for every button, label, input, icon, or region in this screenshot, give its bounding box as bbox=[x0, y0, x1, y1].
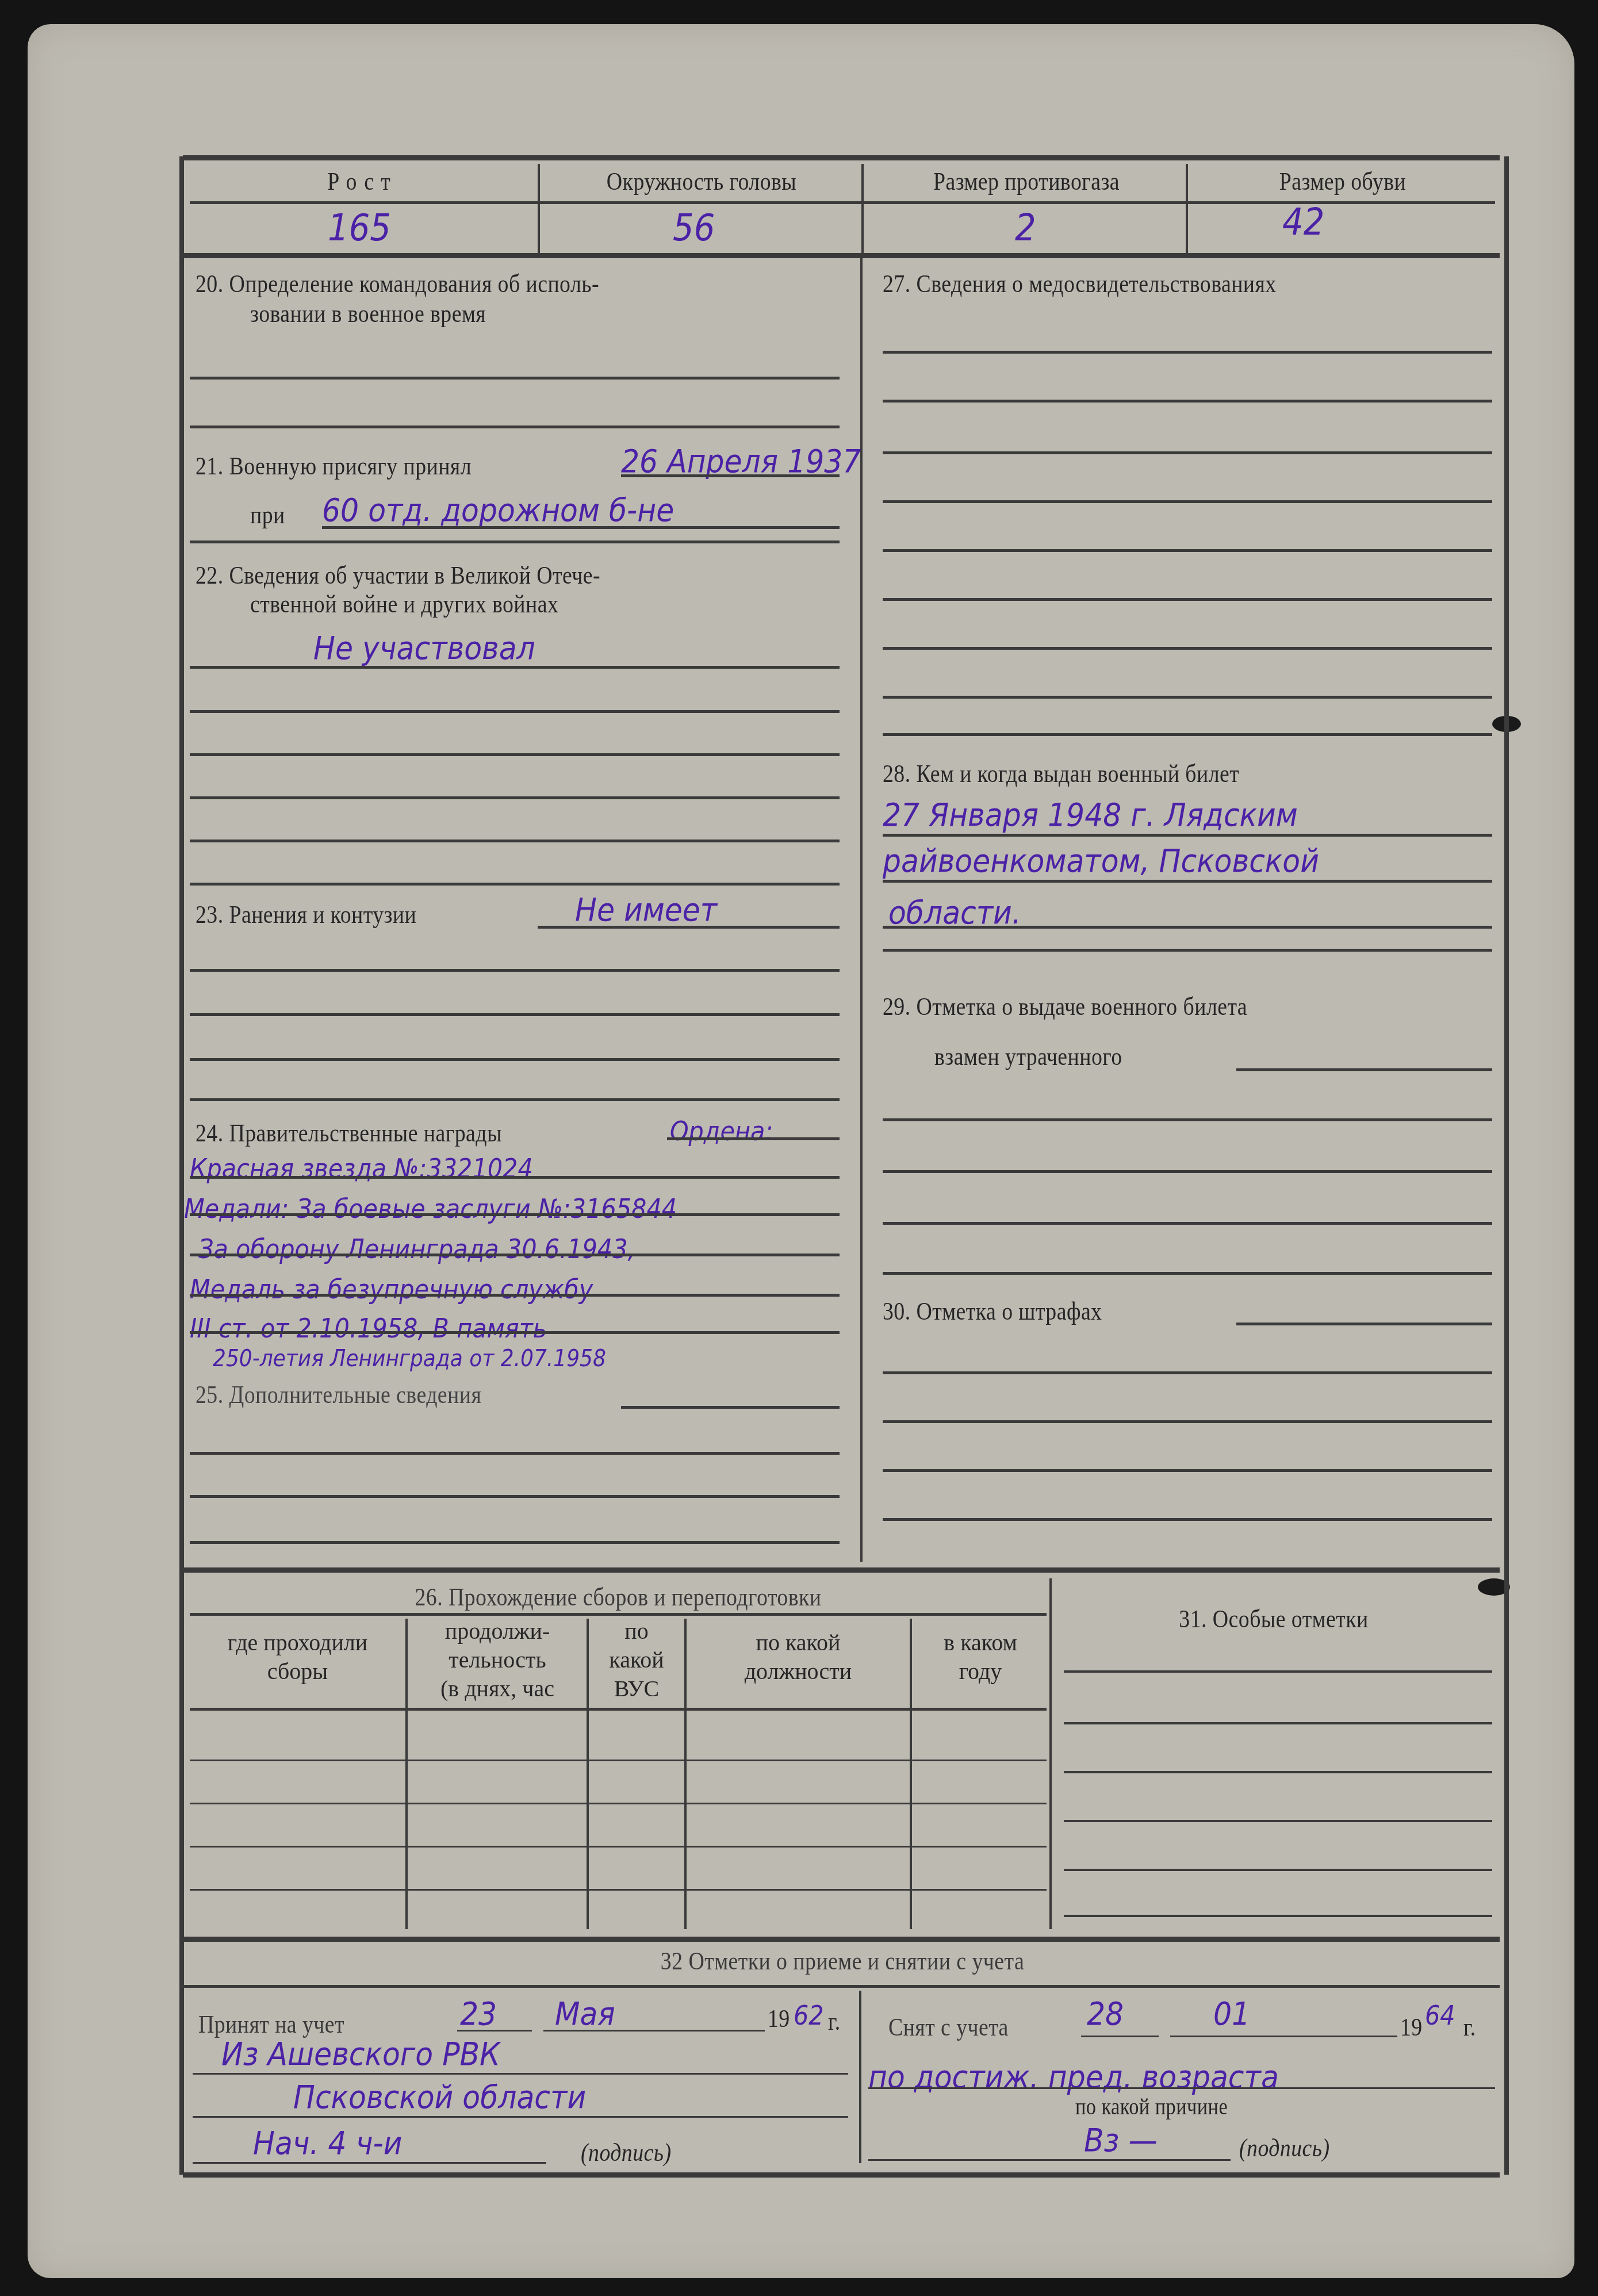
awards-line: III ст. от 2.10.1958, В память bbox=[190, 1313, 547, 1344]
table-row-rule bbox=[190, 1889, 1047, 1891]
table-header: в каком году bbox=[912, 1628, 1049, 1686]
bottom-rule bbox=[183, 2172, 1500, 2178]
rule bbox=[190, 969, 840, 972]
rule bbox=[621, 1406, 840, 1409]
table-header: по какой ВУС bbox=[589, 1617, 684, 1703]
rule bbox=[667, 1137, 840, 1140]
s24-label: 24. Правительственные награды bbox=[196, 1118, 502, 1148]
rule bbox=[193, 2116, 848, 2118]
accepted-from: Псковской области bbox=[293, 2079, 586, 2116]
accepted-label: Принят на учет bbox=[198, 2010, 344, 2039]
s21-label: 21. Военную присягу принял bbox=[196, 451, 472, 481]
rule bbox=[883, 598, 1492, 601]
oath-unit: 60 отд. дорожном б-не bbox=[322, 492, 674, 529]
accepted-signature: Нач. 4 ч-и bbox=[253, 2125, 402, 2162]
head-circumference-value: 56 bbox=[673, 207, 715, 250]
rule bbox=[883, 1272, 1492, 1275]
height-label: Рост bbox=[214, 167, 511, 196]
rule bbox=[190, 426, 840, 428]
s26-title: 26. Прохождение сборов и переподготовки bbox=[250, 1582, 986, 1612]
accepted-year-unit: г. bbox=[828, 2007, 841, 2036]
rule bbox=[883, 1170, 1492, 1173]
removed-year-prefix: 19 bbox=[1400, 2013, 1423, 2042]
rule bbox=[190, 1176, 840, 1179]
s30-label: 30. Отметка о штрафах bbox=[883, 1297, 1102, 1326]
rule bbox=[190, 1058, 840, 1061]
awards-line: 250-летия Ленинграда от 2.07.1958 bbox=[213, 1346, 606, 1372]
removed-year-suffix: 64 bbox=[1425, 2000, 1455, 2031]
table-row-rule bbox=[190, 1760, 1047, 1761]
gas-mask-size-value: 2 bbox=[1015, 207, 1036, 250]
removal-reason-caption: по какой причине bbox=[1075, 2093, 1228, 2120]
rule bbox=[457, 2030, 532, 2031]
awards-line: Медаль за безупречную службу bbox=[190, 1274, 593, 1305]
rule bbox=[190, 1708, 1047, 1711]
rule bbox=[883, 1420, 1492, 1423]
rule bbox=[1064, 1820, 1492, 1822]
removed-signature-caption: (подпись) bbox=[1239, 2133, 1329, 2163]
column-divider bbox=[859, 1991, 861, 2163]
s22-label: ственной войне и других войнах bbox=[250, 589, 558, 619]
rule bbox=[883, 500, 1492, 503]
rule bbox=[883, 549, 1492, 552]
rule bbox=[883, 949, 1492, 952]
rule bbox=[193, 2073, 848, 2075]
rule bbox=[190, 377, 840, 380]
war-participation-value: Не участвовал bbox=[313, 630, 535, 667]
removed-label: Снят с учета bbox=[888, 2013, 1009, 2042]
rule bbox=[883, 834, 1492, 837]
rule bbox=[621, 474, 840, 477]
rule bbox=[1236, 1068, 1492, 1071]
divider bbox=[538, 164, 540, 253]
removed-day: 28 bbox=[1087, 1995, 1124, 2033]
rule bbox=[190, 541, 840, 543]
rule bbox=[190, 883, 840, 886]
rule bbox=[883, 351, 1492, 354]
table-header: по какой должности bbox=[687, 1628, 910, 1686]
table-header: где проходили сборы bbox=[190, 1628, 405, 1686]
table-header-text: в каком bbox=[912, 1628, 1049, 1657]
rule bbox=[1064, 1722, 1492, 1724]
rule bbox=[190, 753, 840, 756]
accepted-year-prefix: 19 bbox=[768, 2004, 790, 2033]
rule bbox=[183, 1985, 1500, 1988]
rule bbox=[883, 1469, 1492, 1472]
table-row-rule bbox=[190, 1846, 1047, 1847]
rule bbox=[1236, 1323, 1492, 1325]
s28-label: 28. Кем и когда выдан военный билет bbox=[883, 759, 1239, 788]
head-circumference-label: Окружность головы bbox=[566, 167, 838, 196]
rule bbox=[1170, 2036, 1397, 2037]
rule bbox=[190, 1294, 840, 1297]
height-value: 165 bbox=[328, 207, 391, 250]
rule bbox=[883, 926, 1492, 929]
accepted-signature-caption: (подпись) bbox=[581, 2138, 671, 2167]
wounds-value: Не имеет bbox=[575, 891, 717, 929]
rule bbox=[883, 1518, 1492, 1521]
removed-signature: Вз — bbox=[1084, 2122, 1158, 2159]
rule bbox=[868, 2087, 1495, 2089]
s21-at-label: при bbox=[250, 500, 285, 530]
divider bbox=[1186, 164, 1188, 253]
table-header-text: где проходили bbox=[190, 1628, 405, 1657]
rule bbox=[883, 400, 1492, 403]
rule bbox=[883, 647, 1492, 650]
rule bbox=[190, 1213, 840, 1216]
rule bbox=[543, 2030, 765, 2031]
awards-line: Красная звезда №:3321024 bbox=[190, 1153, 533, 1184]
rule bbox=[183, 253, 1500, 258]
rule bbox=[1064, 1771, 1492, 1773]
rule bbox=[883, 451, 1492, 454]
signature-line bbox=[868, 2159, 1231, 2161]
s23-label: 23. Ранения и контузии bbox=[196, 900, 416, 929]
rule bbox=[1064, 1670, 1492, 1673]
rule bbox=[190, 1495, 840, 1498]
rule bbox=[190, 1613, 1047, 1616]
rule bbox=[538, 926, 840, 929]
accepted-day: 23 bbox=[460, 1995, 497, 2033]
removal-reason: по достиж. пред. возраста bbox=[868, 2059, 1279, 2096]
table-header-text: продолжи- bbox=[408, 1617, 587, 1646]
shoe-size-value: 42 bbox=[1282, 201, 1324, 244]
rule bbox=[190, 1452, 840, 1455]
table-header-text: сборы bbox=[190, 1657, 405, 1686]
s20-label: 20. Определение командования об исполь- bbox=[196, 269, 599, 298]
divider bbox=[861, 164, 864, 253]
accepted-month: Мая bbox=[555, 1995, 615, 2033]
rule bbox=[883, 696, 1492, 699]
rule bbox=[883, 1371, 1492, 1374]
rule bbox=[190, 1013, 840, 1016]
rule bbox=[883, 880, 1492, 883]
table-row-rule bbox=[190, 1803, 1047, 1804]
rule bbox=[190, 1098, 840, 1101]
rule bbox=[322, 526, 840, 529]
rule bbox=[190, 1541, 840, 1544]
rule bbox=[883, 733, 1492, 736]
rule bbox=[883, 1222, 1492, 1225]
s29-label: 29. Отметка о выдаче военного билета bbox=[883, 992, 1247, 1021]
s27-label: 27. Сведения о медосвидетельствованиях bbox=[883, 269, 1277, 298]
rule bbox=[190, 666, 840, 669]
awards-line: Медали: За боевые заслуги №:3165844 bbox=[184, 1193, 677, 1224]
s29-label: взамен утраченного bbox=[934, 1042, 1122, 1071]
s32-title: 32 Отметки о приеме и снятии с учета bbox=[281, 1946, 1404, 1976]
table-header-text: по bbox=[589, 1617, 684, 1646]
table-header-text: году bbox=[912, 1657, 1049, 1686]
top-rule bbox=[183, 155, 1500, 160]
table-header-text: какой bbox=[589, 1646, 684, 1674]
rule bbox=[190, 796, 840, 799]
removed-year-unit: г. bbox=[1463, 2013, 1476, 2042]
s20-label: зовании в военное время bbox=[250, 299, 486, 328]
signature-line bbox=[193, 2162, 546, 2164]
removed-month: 01 bbox=[1213, 1995, 1250, 2033]
table-header-text: должности bbox=[687, 1657, 910, 1686]
shoe-size-label: Размер обуви bbox=[1212, 167, 1474, 196]
gas-mask-size-label: Размер противогаза bbox=[888, 167, 1165, 196]
rule bbox=[1064, 1869, 1492, 1871]
s22-label: 22. Сведения об участии в Великой Отече- bbox=[196, 561, 600, 590]
awards-line: Ордена: bbox=[670, 1116, 773, 1147]
table-header-text: ВУС bbox=[589, 1674, 684, 1703]
s25-label: 25. Дополнительные сведения bbox=[196, 1380, 481, 1409]
rule bbox=[1081, 2036, 1159, 2037]
ticket-issued-line: 27 Января 1948 г. Лядским bbox=[883, 796, 1298, 834]
rule bbox=[190, 1254, 840, 1256]
table-header-text: по какой bbox=[687, 1628, 910, 1657]
rule bbox=[190, 840, 840, 842]
rule bbox=[183, 1567, 1500, 1573]
s26-right-border bbox=[1049, 1578, 1052, 1929]
rule bbox=[883, 1118, 1492, 1121]
rule bbox=[183, 1937, 1500, 1942]
rule bbox=[190, 1331, 840, 1334]
awards-line: За оборону Ленинграда 30.6.1943, bbox=[198, 1233, 635, 1264]
table-header-text: (в днях, час bbox=[408, 1674, 587, 1703]
table-header-text: тельность bbox=[408, 1646, 587, 1674]
accepted-from: Из Ашевского РВК bbox=[221, 2036, 500, 2073]
s31-label: 31. Особые отметки bbox=[1083, 1604, 1464, 1634]
rule bbox=[190, 710, 840, 713]
rule bbox=[1064, 1915, 1492, 1917]
table-header: продолжи- тельность (в днях, час bbox=[408, 1617, 587, 1703]
table-col-divider bbox=[405, 1619, 408, 1929]
ticket-issued-line: райвоенкоматом, Псковской bbox=[883, 842, 1319, 880]
accepted-year-suffix: 62 bbox=[794, 2000, 824, 2031]
